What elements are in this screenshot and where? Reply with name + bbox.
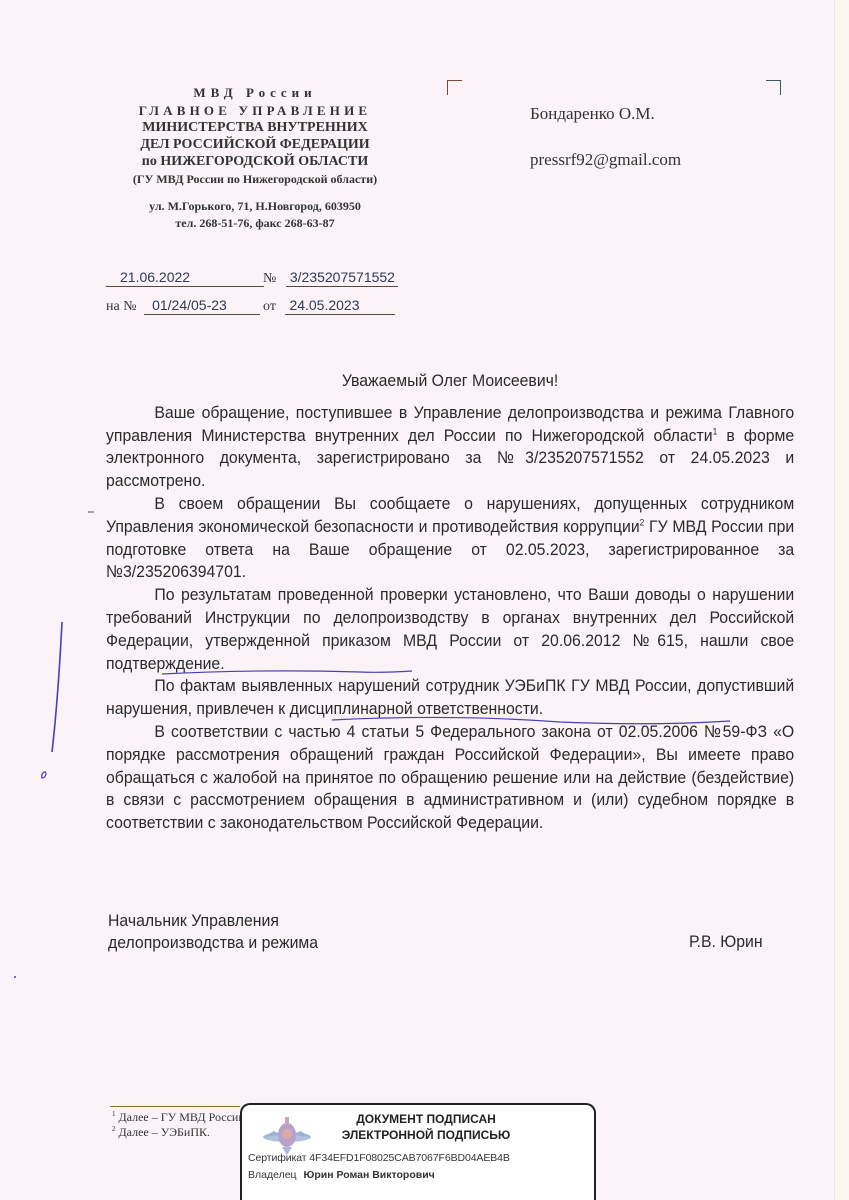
ink-dot (14, 976, 16, 978)
registration-date: 21.06.2022 (106, 269, 264, 287)
paragraph-1: Ваше обращение, поступившее в Управление… (106, 402, 794, 493)
address-corner-mark-right (766, 80, 781, 95)
signatory-position-line1: Начальник Управления (108, 910, 318, 932)
letter-body: Уважаемый Олег Моисеевич! Ваше обращение… (106, 370, 746, 835)
footnote-2: 2 Далее – УЭБиПК. (112, 1125, 242, 1140)
footnote-divider (110, 1106, 240, 1107)
recipient-email: pressrf92@gmail.com (530, 150, 681, 169)
signatory-position: Начальник Управления делопроизводства и … (108, 910, 318, 954)
letterhead-address: ул. М.Горького, 71, Н.Новгород, 603950 (100, 198, 410, 215)
footnote-1-text: Далее – ГУ МВД России. (116, 1110, 243, 1124)
letterhead-line4: по НИЖЕГОРОДСКОЙ ОБЛАСТИ (100, 153, 410, 170)
margin-pen-line (52, 622, 62, 752)
letterhead-ministry: МВД России (100, 84, 410, 102)
registration-number-value: 3/235207571552 (286, 269, 398, 287)
recipient-block: Бондаренко О.М. pressrf92@gmail.com (530, 104, 681, 170)
letterhead-abbreviation: (ГУ МВД России по Нижегородской области) (100, 170, 410, 188)
stamp-owner: Владелец Юрин Роман Викторович (248, 1169, 435, 1181)
footnotes: 1 Далее – ГУ МВД России. 2 Далее – УЭБиП… (112, 1110, 242, 1140)
registration-date-value: 21.06.2022 (106, 269, 264, 287)
stamp-certificate: Сертификат 4F34EFD1F08025CAB7067F6BD04AE… (248, 1152, 510, 1164)
stamp-title-line1: ДОКУМЕНТ ПОДПИСАН (326, 1111, 526, 1127)
margin-pen-scribble (42, 772, 46, 778)
stamp-title-line2: ЭЛЕКТРОННОЙ ПОДПИСЬЮ (326, 1127, 526, 1143)
mvd-emblem-icon (260, 1113, 314, 1157)
stamp-certificate-value: 4F34EFD1F08025CAB7067F6BD04AEB4B (309, 1152, 510, 1164)
letterhead-line3: ДЕЛ РОССИЙСКОЙ ФЕДЕРАЦИИ (100, 136, 410, 153)
paragraph-1-text-a: Ваше обращение, поступившее в Управление… (106, 403, 794, 445)
reference-number-label: на № (106, 299, 137, 314)
greeting: Уважаемый Олег Моисеевич! (106, 370, 794, 393)
paragraph-4: По фактам выявленных нарушений сотрудник… (106, 675, 794, 721)
paragraph-3: По результатам проведенной проверки уста… (106, 584, 794, 675)
footnote-1: 1 Далее – ГУ МВД России. (112, 1110, 242, 1125)
reference-number: на № 01/24/05-23 (106, 297, 260, 315)
signatory-name: Р.В. Юрин (689, 932, 763, 952)
stamp-title: ДОКУМЕНТ ПОДПИСАН ЭЛЕКТРОННОЙ ПОДПИСЬЮ (326, 1111, 526, 1143)
stamp-certificate-label: Сертификат (248, 1152, 306, 1164)
reference-date-label: от (263, 299, 276, 314)
reference-date-value: 24.05.2023 (285, 297, 395, 315)
reference-date: от 24.05.2023 (263, 297, 395, 315)
letterhead-line1: ГЛАВНОЕ УПРАВЛЕНИЕ (100, 102, 410, 119)
page-edge-strip (834, 0, 849, 1200)
letterhead-phones: тел. 268-51-76, факс 268-63-87 (100, 215, 410, 232)
registration-number-label: № (263, 271, 276, 286)
stamp-owner-value: Юрин Роман Викторович (304, 1169, 435, 1181)
footnote-2-text: Далее – УЭБиПК. (116, 1125, 211, 1139)
registration-number: № 3/235207571552 (263, 269, 398, 287)
reference-number-value: 01/24/05-23 (144, 297, 260, 315)
stamp-owner-label: Владелец (248, 1169, 297, 1181)
recipient-name: Бондаренко О.М. (530, 104, 681, 124)
electronic-signature-stamp: ДОКУМЕНТ ПОДПИСАН ЭЛЕКТРОННОЙ ПОДПИСЬЮ С… (240, 1103, 596, 1200)
letterhead-line2: МИНИСТЕРСТВА ВНУТРЕННИХ (100, 119, 410, 136)
paragraph-2: В своем обращении Вы сообщаете о нарушен… (106, 493, 794, 584)
letterhead: МВД России ГЛАВНОЕ УПРАВЛЕНИЕ МИНИСТЕРСТ… (100, 84, 410, 232)
paragraph-5: В соответствии с частью 4 статьи 5 Федер… (106, 721, 794, 835)
signatory-position-line2: делопроизводства и режима (108, 932, 318, 954)
address-corner-mark-left (447, 80, 462, 95)
